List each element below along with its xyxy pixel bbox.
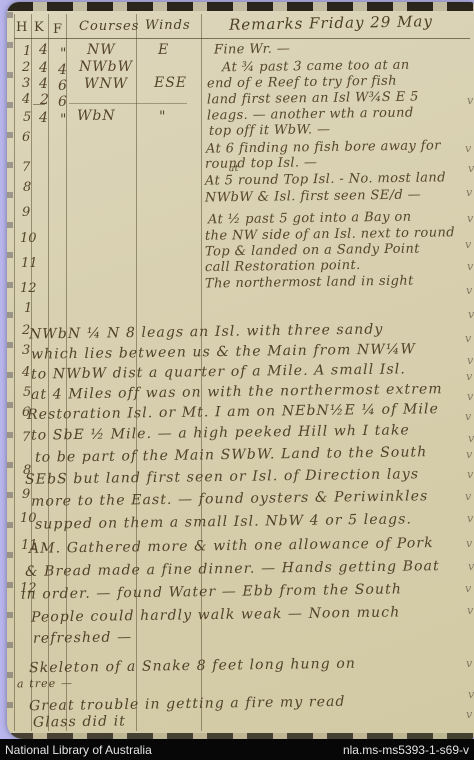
journal-line: Skeleton of a Snake 8 feet long hung on (29, 656, 356, 677)
column-header-courses: Courses (79, 19, 139, 34)
journal-line: which lies between us & the Main from NW… (31, 341, 416, 362)
column-header-h: H (16, 20, 27, 35)
journal-line: Glass did it (33, 713, 126, 730)
journal-line: SEbS but land first seen or Isl. of Dire… (25, 466, 419, 488)
library-footer: National Library of Australia nla.ms-ms5… (0, 739, 474, 760)
journal-line: at 4 Miles off was on with the northermo… (31, 381, 443, 403)
page-torn-edge-top (7, 2, 474, 11)
hour-number: 2 (22, 60, 30, 75)
hour-number: 4 (22, 92, 30, 107)
journal-line: NWbN ¼ N 8 leags an Isl. with three sand… (29, 322, 384, 343)
log-cell-entry: 6 (58, 78, 68, 94)
check-mark: v (465, 490, 471, 503)
journal-line: & Bread made a fine dinner. — Hands gett… (25, 558, 440, 580)
remarks-line: round top Isl. — (205, 155, 318, 172)
hour-number: 3 (22, 76, 30, 91)
journal-line: to NWbW dist a quarter of a Mile. A smal… (31, 361, 406, 382)
footer-reference-id: nla.ms-ms5393-1-s69-v (343, 743, 469, 757)
hour-number: 8 (23, 180, 31, 195)
check-mark: v (467, 604, 473, 617)
check-mark: v (467, 260, 473, 273)
log-cell-entry: 2 (40, 92, 50, 108)
log-cell-entry: WNW (84, 76, 128, 92)
journal-line: a tree — (17, 677, 73, 691)
remarks-line: Top & landed on a Sandy Point (205, 242, 420, 260)
remarks-line: The northermost land in sight (205, 274, 414, 292)
check-mark: v (466, 657, 472, 670)
check-mark: v (467, 94, 473, 107)
manuscript-page: H K F Courses Winds Remarks Friday 29 Ma… (7, 2, 474, 739)
check-mark: v (468, 308, 474, 321)
hour-number: 1 (23, 44, 31, 59)
log-cell-entry: " (60, 46, 67, 62)
check-mark: v (466, 370, 472, 383)
check-mark: v (466, 448, 472, 461)
hour-number: 7 (22, 430, 30, 445)
log-cell-entry: E (158, 42, 169, 58)
journal-line: AM. Gathered more & with one allowance o… (29, 535, 434, 557)
remarks-line: land first seen an Isl W¾S E 5 (207, 90, 419, 108)
check-mark: v (465, 410, 471, 423)
journal-line: more to the East. — found oysters & Peri… (31, 488, 429, 510)
log-cell-entry: 6 (58, 94, 68, 110)
check-mark: v (467, 390, 473, 403)
check-mark: v (466, 708, 472, 721)
log-cell-entry: " (60, 112, 67, 128)
column-header-f: F (53, 22, 62, 37)
journal-line: Great trouble in getting a fire my read (29, 694, 346, 714)
column-header-winds: Winds (145, 18, 191, 33)
remarks-line: top off it WbW. — (209, 122, 331, 139)
hour-number: 12 (20, 281, 37, 296)
check-mark: v (466, 537, 472, 550)
check-mark: v (467, 354, 473, 367)
remarks-line: NWbW & Isl. first seen SE/d — (205, 187, 421, 205)
check-mark: v (468, 432, 474, 445)
remarks-line: Fine Wr. — (214, 41, 290, 57)
check-mark: v (466, 186, 472, 199)
footer-library-name: National Library of Australia (5, 743, 152, 757)
check-mark: v (465, 238, 471, 251)
hour-number: 9 (22, 205, 30, 220)
log-cell-entry: 4 (39, 42, 49, 58)
check-mark: v (467, 212, 473, 225)
check-mark: v (465, 332, 471, 345)
hour-number: 1 (24, 301, 32, 316)
journal-line: to be part of the Main SWbW. Land to the… (35, 444, 428, 465)
hour-number: 4 (22, 365, 30, 380)
journal-line: refreshed — (33, 629, 132, 646)
column-header-k: K (34, 20, 44, 35)
log-cell-entry: 4 (39, 60, 49, 76)
log-cell-entry: 4 (58, 62, 68, 78)
log-cell-entry: 4 (39, 76, 49, 92)
remarks-line: leags. — another wth a round (207, 106, 414, 124)
hour-number: 9 (22, 487, 30, 502)
remarks-line: At ½ past 5 got into a Bay on (208, 210, 412, 228)
remarks-header-title: Remarks Friday 29 May (229, 12, 433, 34)
header-rule (14, 38, 470, 39)
log-cell-entry: " (159, 109, 166, 125)
journal-line: People could hardly walk weak — Noon muc… (31, 604, 400, 625)
remarks-line: At 6 finding no fish bore away for (206, 138, 441, 156)
hour-number: 6 (22, 130, 30, 145)
hour-number: 3 (22, 343, 30, 358)
check-mark: v (468, 162, 474, 175)
check-mark: v (468, 688, 474, 701)
hour-number: 11 (21, 256, 38, 271)
log-cell-entry: NWbW (79, 59, 133, 75)
check-mark: v (468, 560, 474, 573)
check-mark: v (465, 582, 471, 595)
table-left-border (14, 14, 15, 731)
check-mark: v (465, 142, 471, 155)
log-cell-entry: 4 (39, 110, 49, 126)
journal-line: supped on them a small Isl. NbW 4 or 5 l… (35, 511, 412, 532)
remarks-line: At ¾ past 3 came too at an (222, 58, 410, 76)
remarks-line: call Restoration point. (205, 258, 361, 275)
log-cell-entry: ESE (154, 75, 187, 91)
journal-line: Restoration Isl. or Mt. I am on NEbN½E ¼… (27, 401, 439, 423)
remarks-line: end of e Reef to try for fish (207, 74, 397, 92)
binding-edge (7, 12, 13, 709)
hour-number: 7 (22, 160, 30, 175)
hour-number: 10 (20, 231, 37, 246)
check-mark: v (467, 468, 473, 481)
mid-rule (69, 103, 187, 104)
journal-line: to SbE ½ Mile. — a high peeked Hill wh I… (31, 422, 410, 443)
journal-line: in order. — found Water — Ebb from the S… (21, 581, 402, 602)
check-mark: v (467, 512, 473, 525)
hour-number: 5 (23, 110, 31, 125)
remarks-line: At 5 round Top Isl. - No. most land (205, 170, 446, 188)
log-cell-entry: NW (87, 42, 116, 58)
log-cell-entry: WbN (77, 108, 116, 124)
check-mark: v (466, 284, 472, 297)
